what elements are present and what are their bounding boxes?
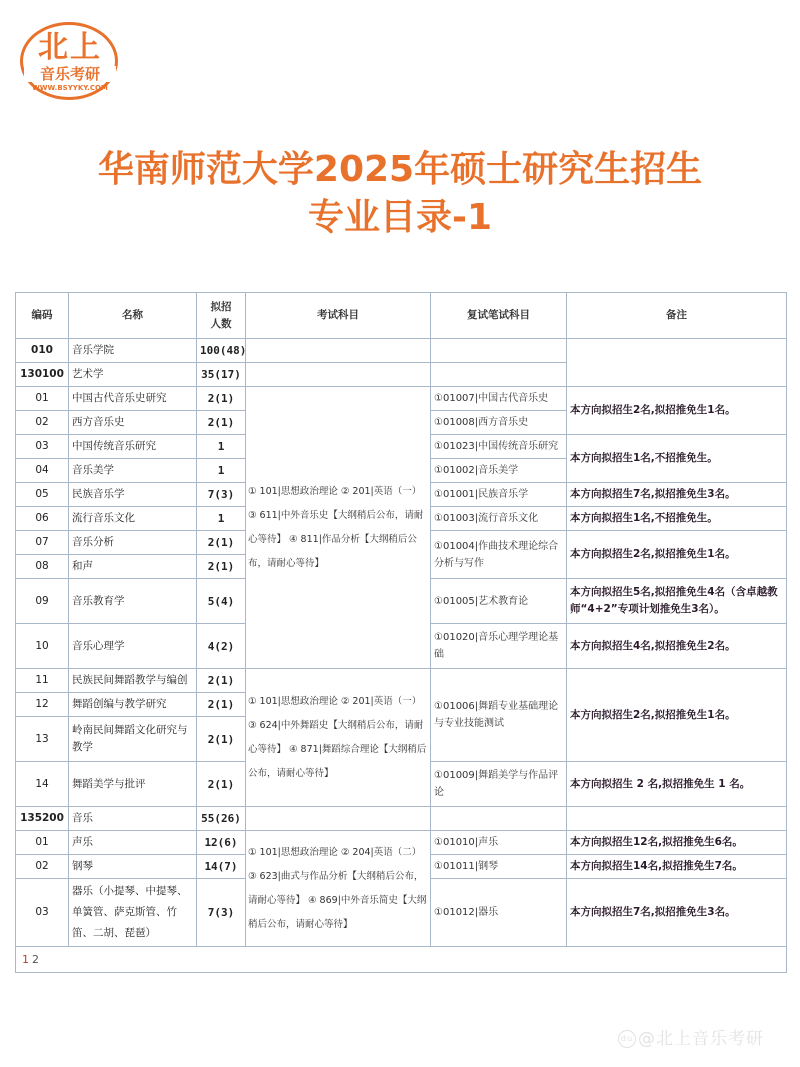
row-note: 本方向拟招生1名,不招推免生。 (567, 435, 787, 483)
row-quota: 4(2) (197, 624, 246, 669)
row-note: 本方向拟招生14名,拟招推免生7名。 (567, 855, 787, 879)
row-quota: 2(1) (197, 531, 246, 555)
row-name: 民族音乐学 (69, 483, 197, 507)
school-note (567, 339, 787, 387)
school-row: 010 音乐学院 100(48) (16, 339, 787, 363)
row-retest: ①01001|民族音乐学 (431, 483, 567, 507)
row-name: 音乐分析 (69, 531, 197, 555)
row-name: 中国传统音乐研究 (69, 435, 197, 459)
major-code: 130100 (16, 363, 69, 387)
row-name: 器乐（小提琴、中提琴、单簧管、萨克斯管、竹笛、二胡、琵琶） (69, 879, 197, 947)
row-note: 本方向拟招生 2 名,拟招推免生 1 名。 (567, 762, 787, 807)
row-note: 本方向拟招生1名,不招推免生。 (567, 507, 787, 531)
header-exam: 考试科目 (246, 293, 431, 339)
row-retest: ①01012|器乐 (431, 879, 567, 947)
exam-subjects-music: ① 101|思想政治理论 ② 201|英语（一） ③ 611|中外音乐史【大纲稍… (246, 387, 431, 669)
row-code: 09 (16, 579, 69, 624)
row-name: 和声 (69, 555, 197, 579)
header-code: 编码 (16, 293, 69, 339)
row-name: 岭南民间舞蹈文化研究与教学 (69, 717, 197, 762)
school-exam (246, 339, 431, 363)
row-code: 05 (16, 483, 69, 507)
row-code: 04 (16, 459, 69, 483)
row-name: 中国古代音乐史研究 (69, 387, 197, 411)
row-code: 01 (16, 387, 69, 411)
row-quota: 14(7) (197, 855, 246, 879)
page-link-next[interactable]: 2 (32, 953, 39, 966)
row-retest: ①01009|舞蹈美学与作品评论 (431, 762, 567, 807)
major-row: 135200 音乐 55(26) (16, 807, 787, 831)
row-quota: 2(1) (197, 387, 246, 411)
row-quota: 2(1) (197, 693, 246, 717)
table-row: 11 民族民间舞蹈教学与编创 2(1) ① 101|思想政治理论 ② 201|英… (16, 669, 787, 693)
row-name: 舞蹈美学与批评 (69, 762, 197, 807)
logo-url: WWW.BSYYKY.COM (28, 84, 112, 92)
row-note: 本方向拟招生2名,拟招推免生1名。 (567, 387, 787, 435)
row-note: 本方向拟招生2名,拟招推免生1名。 (567, 531, 787, 579)
row-code: 01 (16, 831, 69, 855)
logo: 北上 音乐考研 WWW.BSYYKY.COM (20, 22, 118, 100)
row-code: 11 (16, 669, 69, 693)
row-note: 本方向拟招生4名,拟招推免生2名。 (567, 624, 787, 669)
baidu-paw-icon: du (618, 1030, 636, 1048)
row-code: 08 (16, 555, 69, 579)
page-link-current[interactable]: 1 (22, 953, 29, 966)
row-code: 02 (16, 411, 69, 435)
row-name: 音乐美学 (69, 459, 197, 483)
row-note: 本方向拟招生7名,拟招推免生3名。 (567, 879, 787, 947)
row-quota: 2(1) (197, 555, 246, 579)
row-retest: ①01005|艺术教育论 (431, 579, 567, 624)
row-retest: ①01011|钢琴 (431, 855, 567, 879)
major-name: 艺术学 (69, 363, 197, 387)
row-note: 本方向拟招生2名,拟招推免生1名。 (567, 669, 787, 762)
header-retest: 复试笔试科目 (431, 293, 567, 339)
row-note: 本方向拟招生7名,拟招推免生3名。 (567, 483, 787, 507)
row-retest: ①01023|中国传统音乐研究 (431, 435, 567, 459)
school-code: 010 (16, 339, 69, 363)
pagination-row: 12 (16, 947, 787, 973)
page-title-line1: 华南师范大学2025年硕士研究生招生 (0, 148, 800, 192)
row-code: 07 (16, 531, 69, 555)
row-name: 声乐 (69, 831, 197, 855)
major-quota: 35(17) (197, 363, 246, 387)
row-quota: 1 (197, 507, 246, 531)
row-quota: 2(1) (197, 717, 246, 762)
row-retest: ①01004|作曲技术理论综合分析与写作 (431, 531, 567, 579)
row-name: 流行音乐文化 (69, 507, 197, 531)
major-note (567, 807, 787, 831)
row-note: 本方向拟招生5名,拟招推免生4名（含卓越教师“4+2”专项计划推免生3名）。 (567, 579, 787, 624)
row-quota: 7(3) (197, 879, 246, 947)
watermark-text: @北上音乐考研 (638, 1029, 764, 1049)
table-row: 01 声乐 12(6) ① 101|思想政治理论 ② 204|英语（二） ③ 6… (16, 831, 787, 855)
row-code: 06 (16, 507, 69, 531)
major-code: 135200 (16, 807, 69, 831)
row-quota: 1 (197, 459, 246, 483)
major-exam (246, 807, 431, 831)
row-name: 音乐心理学 (69, 624, 197, 669)
row-code: 03 (16, 435, 69, 459)
row-retest: ①01007|中国古代音乐史 (431, 387, 567, 411)
row-name: 民族民间舞蹈教学与编创 (69, 669, 197, 693)
school-retest (431, 339, 567, 363)
row-code: 02 (16, 855, 69, 879)
row-name: 钢琴 (69, 855, 197, 879)
row-quota: 1 (197, 435, 246, 459)
school-name: 音乐学院 (69, 339, 197, 363)
row-retest: ①01008|西方音乐史 (431, 411, 567, 435)
school-quota: 100(48) (197, 339, 246, 363)
row-code: 12 (16, 693, 69, 717)
row-name: 舞蹈创编与教学研究 (69, 693, 197, 717)
header-name: 名称 (69, 293, 197, 339)
major-retest (431, 807, 567, 831)
row-quota: 12(6) (197, 831, 246, 855)
row-retest: ①01006|舞蹈专业基础理论与专业技能测试 (431, 669, 567, 762)
row-quota: 5(4) (197, 579, 246, 624)
header-quota: 拟招人数 (197, 293, 246, 339)
row-name: 音乐教育学 (69, 579, 197, 624)
catalog-table: 编码 名称 拟招人数 考试科目 复试笔试科目 备注 010 音乐学院 100(4… (15, 292, 787, 973)
row-retest: ①01020|音乐心理学理论基础 (431, 624, 567, 669)
row-quota: 2(1) (197, 411, 246, 435)
row-quota: 2(1) (197, 669, 246, 693)
logo-big-text: 北上 (34, 32, 106, 64)
row-retest: ①01010|声乐 (431, 831, 567, 855)
watermark: du@北上音乐考研 (618, 1024, 764, 1049)
row-quota: 7(3) (197, 483, 246, 507)
logo-sub-text: 音乐考研 (24, 66, 116, 82)
major-name: 音乐 (69, 807, 197, 831)
row-code: 03 (16, 879, 69, 947)
pagination: 12 (16, 947, 787, 973)
major-retest (431, 363, 567, 387)
row-name: 西方音乐史 (69, 411, 197, 435)
major-quota: 55(26) (197, 807, 246, 831)
row-code: 14 (16, 762, 69, 807)
row-retest: ①01003|流行音乐文化 (431, 507, 567, 531)
table-header-row: 编码 名称 拟招人数 考试科目 复试笔试科目 备注 (16, 293, 787, 339)
major-exam (246, 363, 431, 387)
table-row: 01 中国古代音乐史研究 2(1) ① 101|思想政治理论 ② 201|英语（… (16, 387, 787, 411)
header-note: 备注 (567, 293, 787, 339)
row-quota: 2(1) (197, 762, 246, 807)
page-title-line2: 专业目录-1 (0, 196, 800, 240)
row-code: 10 (16, 624, 69, 669)
exam-subjects-music-professional: ① 101|思想政治理论 ② 204|英语（二） ③ 623|曲式与作品分析【大… (246, 831, 431, 947)
row-code: 13 (16, 717, 69, 762)
row-retest: ①01002|音乐美学 (431, 459, 567, 483)
row-note: 本方向拟招生12名,拟招推免生6名。 (567, 831, 787, 855)
exam-subjects-dance: ① 101|思想政治理论 ② 201|英语（一） ③ 624|中外舞蹈史【大纲稍… (246, 669, 431, 807)
